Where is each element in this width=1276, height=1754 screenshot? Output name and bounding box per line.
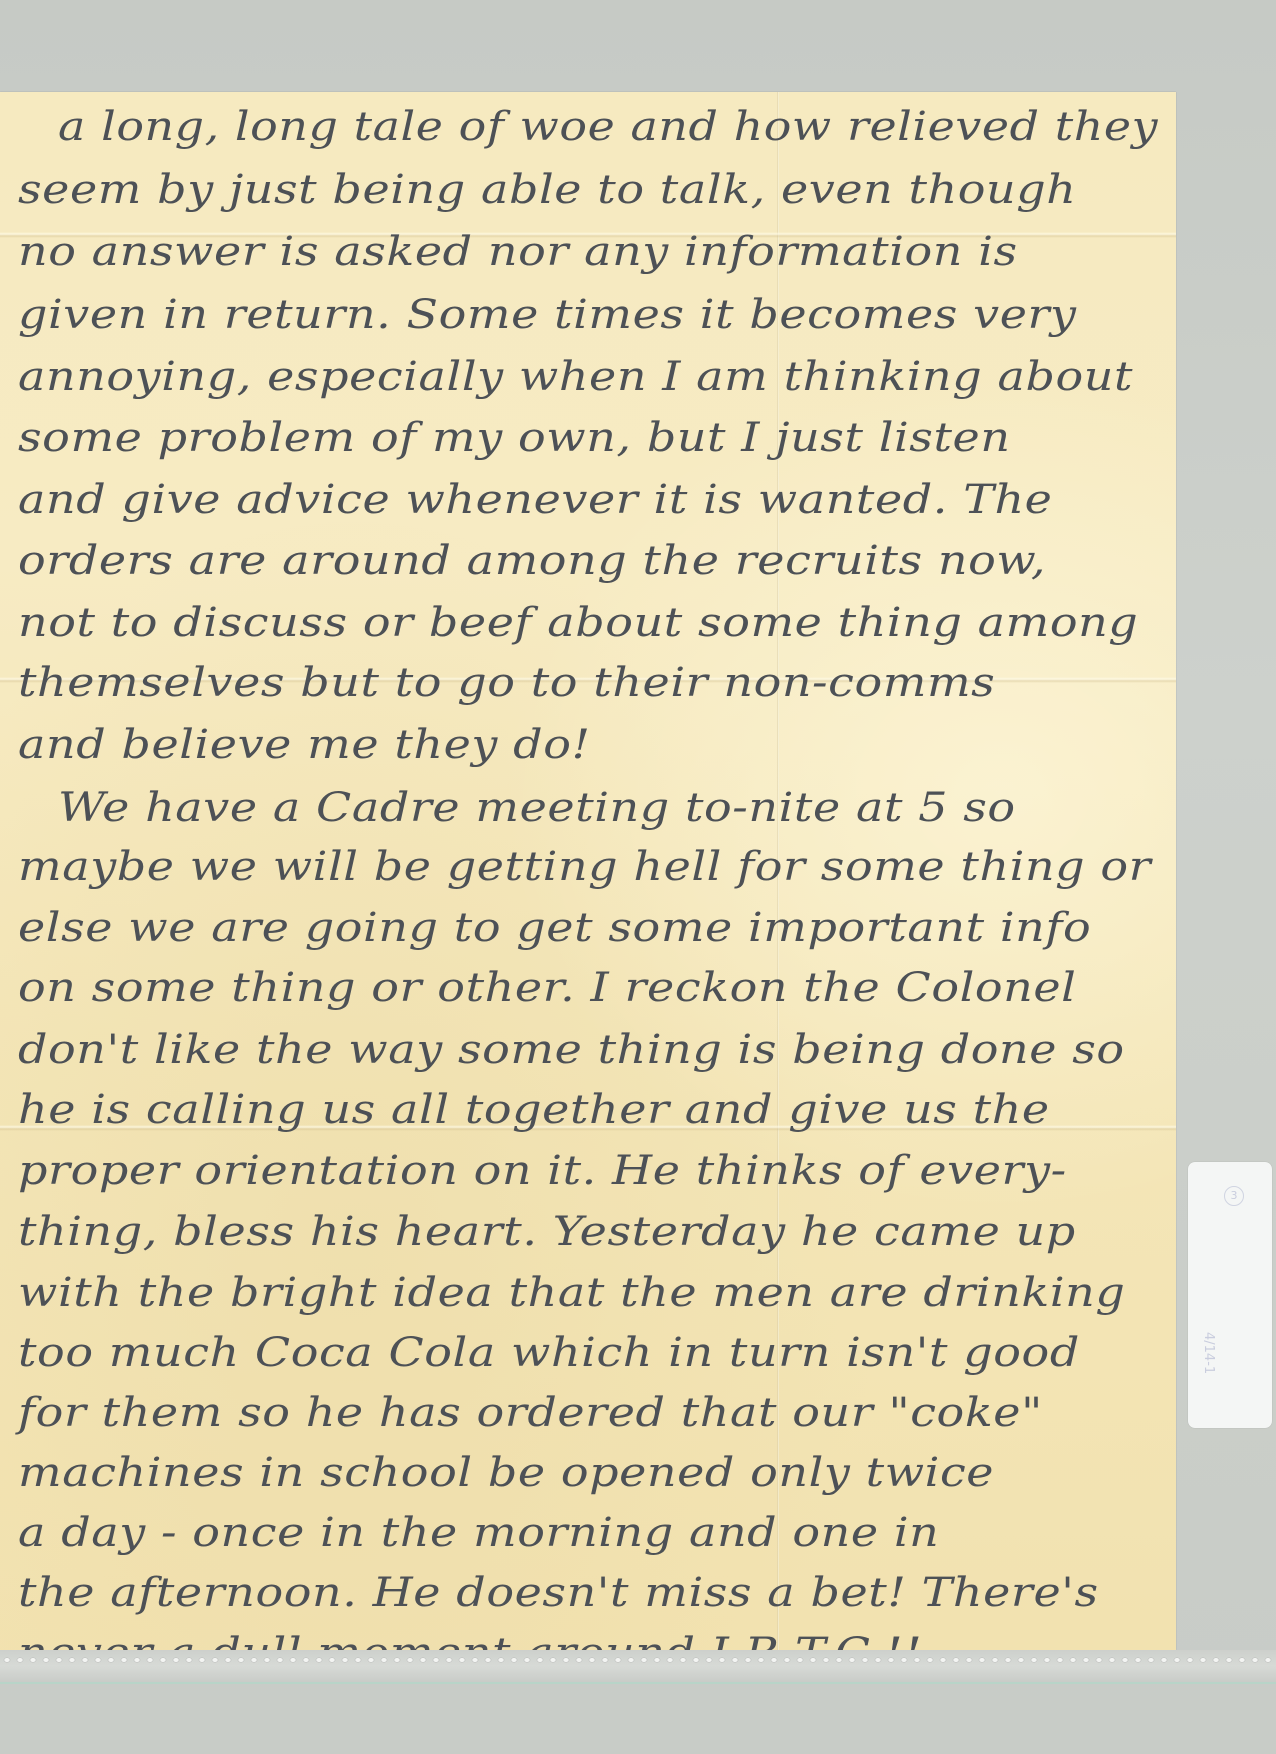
letter-line: not to discuss or beef about some thing … [18,600,1138,646]
letter-line: too much Coca Cola which in turn isn't g… [18,1330,1080,1376]
letter-line: a day - once in the morning and one in [18,1510,939,1556]
letter-line: maybe we will be getting hell for some t… [18,844,1151,890]
letter-line: proper orientation on it. He thinks of e… [18,1148,1067,1194]
letter-line: and give advice whenever it is wanted. T… [18,477,1052,523]
letter-line: given in return. Some times it becomes v… [18,292,1077,338]
protective-sleeve-edge [0,1650,1276,1684]
circled-page-number: 3 [1224,1186,1244,1206]
letter-line: he is calling us all together and give u… [18,1087,1050,1133]
letter-line: a long, long tale of woe and how relieve… [58,104,1158,150]
letter-line: with the bright idea that the men are dr… [18,1270,1125,1316]
letter-line: We have a Cadre meeting to-nite at 5 so [58,785,1016,831]
archive-label: 3 4/14-1 [1188,1162,1272,1428]
letter-line: don't like the way some thing is being d… [18,1027,1125,1073]
letter-line: for them so he has ordered that our "cok… [18,1390,1043,1436]
letter-line: no answer is asked nor any information i… [18,229,1018,275]
letter-line: themselves but to go to their non-comms [18,660,995,706]
letter-line: orders are around among the recruits now… [18,538,1046,584]
letter-line: else we are going to get some important … [18,905,1091,951]
letter-line: seem by just being able to talk, even th… [18,167,1076,213]
letter-line: the afternoon. He doesn't miss a bet! Th… [18,1570,1099,1616]
letter-line: annoying, especially when I am thinking … [18,354,1133,400]
archive-label-text: 4/14-1 [1201,1332,1216,1374]
letter-line: and believe me they do! [18,722,591,768]
letter-line: some problem of my own, but I just liste… [18,415,1011,461]
letter-line: machines in school be opened only twice [18,1450,994,1496]
sleeve-perforations [2,1655,1274,1665]
letter-line: thing, bless his heart. Yesterday he cam… [18,1209,1076,1255]
letter-page: a long, long tale of woe and how relieve… [0,92,1176,1650]
letter-line: on some thing or other. I reckon the Col… [18,965,1076,1011]
